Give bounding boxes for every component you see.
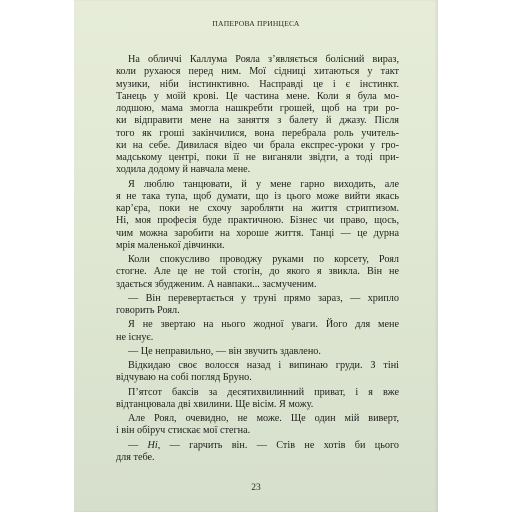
text-line: ки відправити мене на заняття з балету й… xyxy=(116,115,399,127)
body-text: На обличчі Каллума Рояла з’являється бол… xyxy=(116,54,399,466)
text-fragment: , — гарчить він. — Стів не хотів би цьог… xyxy=(158,440,399,451)
text-line: коли рухаюся перед ним. Мої сідниці хита… xyxy=(116,66,399,78)
text-line: — Ні, — гарчить він. — Стів не хотів би … xyxy=(116,440,399,452)
text-line: Ні, моя професія буде практичною. Бізнес… xyxy=(116,215,399,227)
dialogue-paragraph: — Він перевертається у труні прямо зараз… xyxy=(116,293,399,318)
text-line: Я люблю танцювати, й у мене гарно виходи… xyxy=(116,179,399,191)
text-line: Відкидаю своє волосся назад і випинаю гр… xyxy=(116,360,399,372)
text-line: мрія маленької дівчинки. xyxy=(116,240,399,252)
text-line: музики, ніби інстинктивно. Насправді це … xyxy=(116,79,399,91)
text-line: відчуваю на собі погляд Бруно. xyxy=(116,372,399,384)
paragraph: Відкидаю своє волосся назад і випинаю гр… xyxy=(116,360,399,385)
text-line: говорить Роял. xyxy=(116,305,399,317)
text-line: лодшою, мама змогла нашкребти грошей, що… xyxy=(116,103,399,115)
text-line: — Він перевертається у труні прямо зараз… xyxy=(116,293,399,305)
text-line: На обличчі Каллума Рояла з’являється бол… xyxy=(116,54,399,66)
text-line: Коли спокусливо проводжу руками по корсе… xyxy=(116,254,399,266)
text-line: я не така тупа, щоб думати, що із цього … xyxy=(116,191,399,203)
running-head: ПАПЕРОВА ПРИНЦЕСА xyxy=(74,19,438,28)
text-line: ки на себе. Дивилася відео чи брала експ… xyxy=(116,140,399,152)
text-line: відтанцювала дві хвилини. Ще вісім. Я мо… xyxy=(116,399,399,411)
text-line: не існує. xyxy=(116,332,399,344)
text-line: здається збудженим. А навпаки... засмуче… xyxy=(116,279,399,291)
dialogue-paragraph: — Ні, — гарчить він. — Стів не хотів би … xyxy=(116,440,399,465)
text-line: Я не звертаю на нього жодної уваги. Його… xyxy=(116,319,399,331)
text-line: кар’єра, поки не схочу заробляти на житт… xyxy=(116,203,399,215)
page-number: 23 xyxy=(74,483,438,493)
text-line: для тебе. xyxy=(116,452,399,464)
paragraph: На обличчі Каллума Рояла з’являється бол… xyxy=(116,54,399,177)
text-line: Але Роял, очевидно, не може. Ще один мій… xyxy=(116,413,399,425)
text-line: стогне. Але це не той стогін, до якого я… xyxy=(116,266,399,278)
dash: — xyxy=(128,440,148,451)
paragraph: П’ятсот баксів за десятихвилинний приват… xyxy=(116,387,399,412)
book-page: ПАПЕРОВА ПРИНЦЕСА На обличчі Каллума Роя… xyxy=(74,0,438,512)
text-line: Танець у моїй крові. Це частина мене. Ко… xyxy=(116,91,399,103)
paragraph: Але Роял, очевидно, не може. Ще один мій… xyxy=(116,413,399,438)
italic-word: Ні xyxy=(148,440,158,451)
text-line: чим можна заробити на хороше життя. Танц… xyxy=(116,228,399,240)
text-line: мадському центрі, поки її не виганяли зв… xyxy=(116,152,399,164)
paragraph: Я не звертаю на нього жодної уваги. Його… xyxy=(116,319,399,344)
dialogue-paragraph: — Це неправильно, — він звучить здавлено… xyxy=(116,346,399,358)
text-line: того як гроші закінчилися, вона перебрал… xyxy=(116,128,399,140)
text-line: — Це неправильно, — він звучить здавлено… xyxy=(116,346,399,358)
paragraph: Я люблю танцювати, й у мене гарно виходи… xyxy=(116,179,399,253)
text-line: П’ятсот баксів за десятихвилинний приват… xyxy=(116,387,399,399)
text-line: і він обіруч стискає мої стегна. xyxy=(116,425,399,437)
text-line: ходила додому й навчала мене. xyxy=(116,164,399,176)
paragraph: Коли спокусливо проводжу руками по корсе… xyxy=(116,254,399,291)
